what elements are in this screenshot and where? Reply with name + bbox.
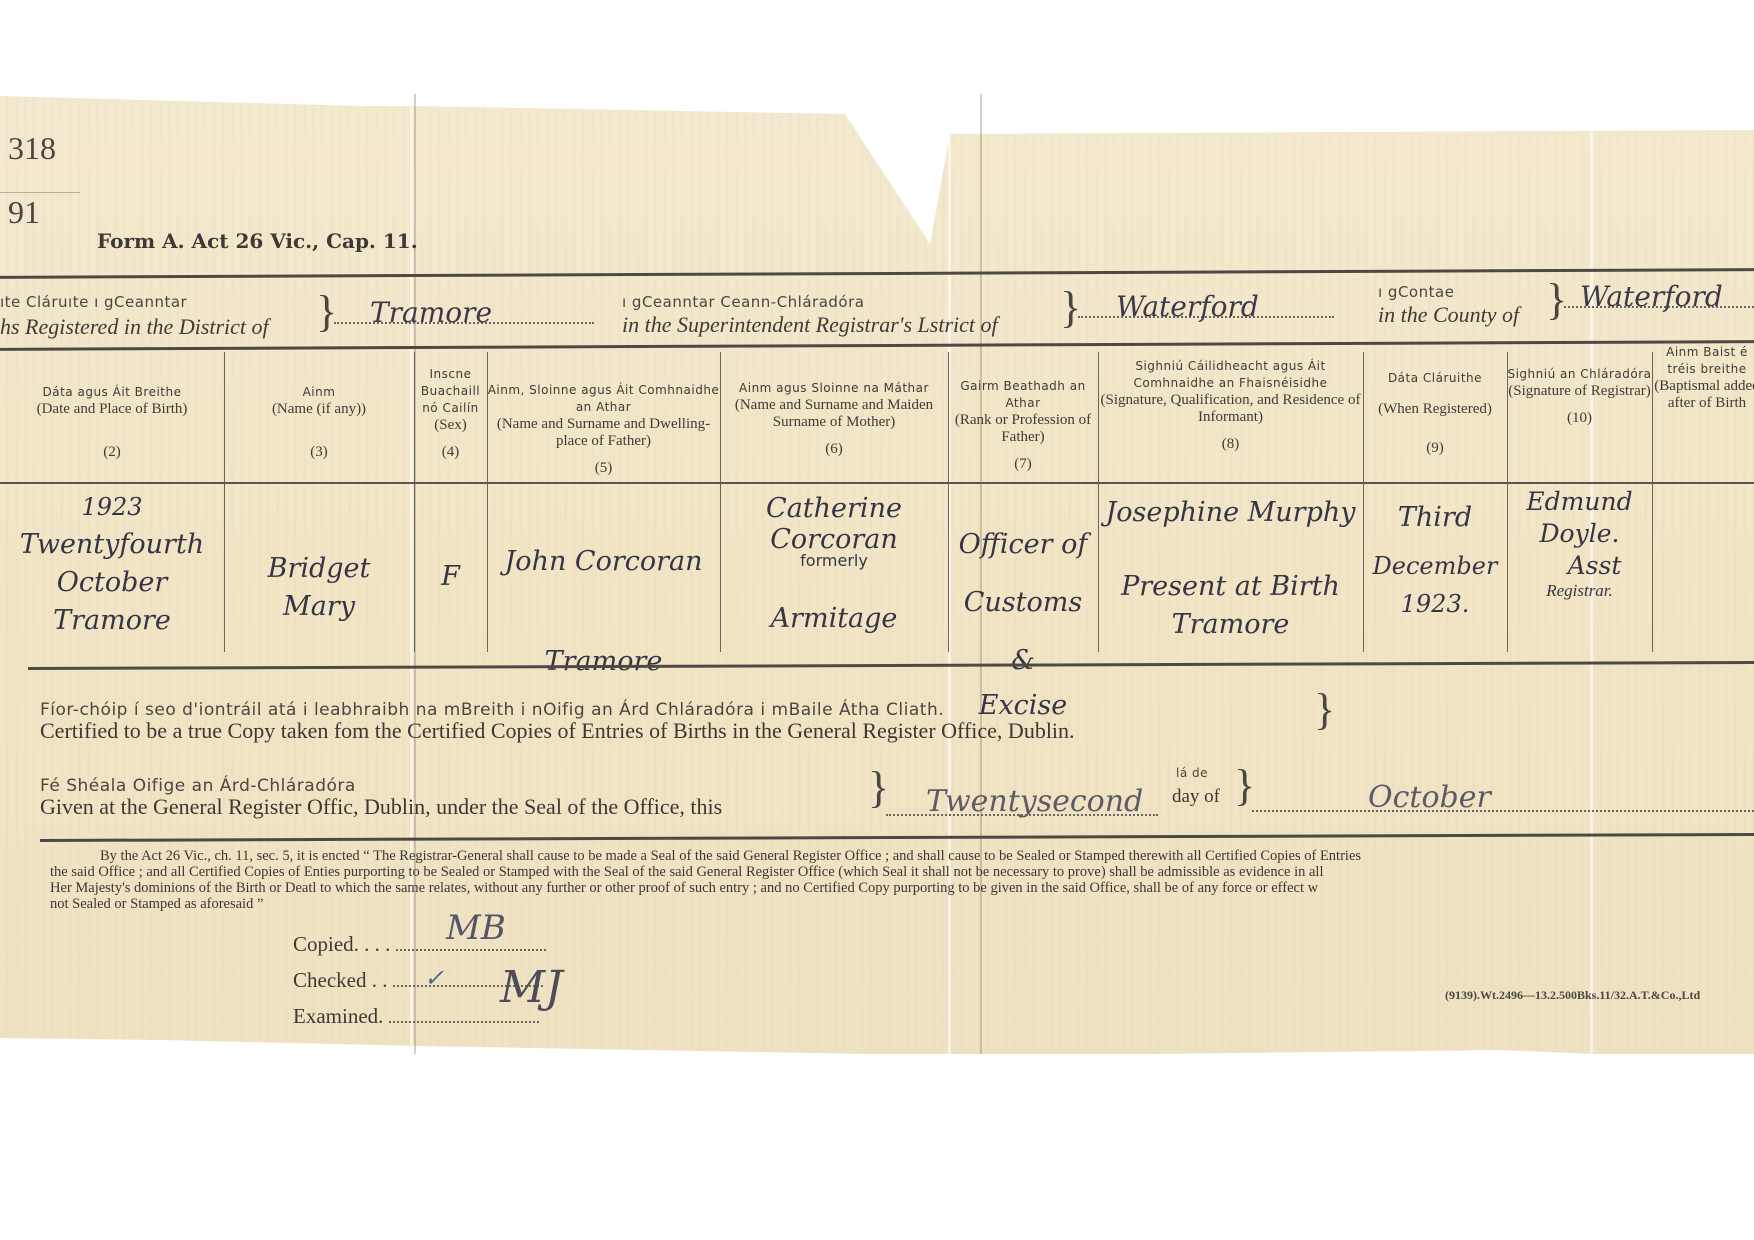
column-header-registrar: Sighniú an Chláradóra (Signature of Regi… [1507,366,1652,427]
entry-when-registered: Third December 1923. [1363,494,1507,618]
register-number-bottom: 91 [8,194,40,231]
column-header-informant: Sighniú Cáilidheacht agus Áit Comhnaidhe… [1098,358,1363,453]
column-header-name: Ainm (Name (if any)) (3) [224,384,414,461]
entry-informant: Josephine Murphy Present at Birth Tramor… [1098,494,1363,644]
legal-text: By the Act 26 Vic., ch. 11, sec. 5, it i… [50,848,1754,912]
district-label: hs Registered in the District of [0,314,269,340]
superintendent-value: Waterford [1116,290,1259,323]
entry-date-place: 1923 Twentyfourth October Tramore [0,488,224,640]
seal-english: Given at the General Register Offic, Dub… [40,794,722,820]
superintendent-field: Waterford [1078,290,1334,318]
certification-english: Certified to be a true Copy taken fom th… [40,718,1075,744]
certification-irish: Fíor-chóip í seo d'iontráil atá i leabhr… [40,700,944,720]
column-header-date-place: Dáta agus Áit Breithe (Date and Place of… [0,384,224,461]
entry-sex: F [414,558,487,596]
month-field: October [1252,780,1754,812]
entry-child-name: Bridget Mary [224,550,414,626]
county-field: Waterford [1564,280,1754,308]
superintendent-label: in the Superintendent Registrar's Lstric… [622,312,998,338]
column-header-father: Ainm, Sloinne agus Áit Comhnaidhe an Ath… [487,382,720,477]
column-header-profession: Gairm Beathadh an Athar (Rank or Profess… [948,378,1098,473]
seal-irish: Fé Shéala Oifige an Árd-Chláradóra [40,776,356,796]
county-label: in the County of [1378,302,1519,328]
month-value: October [1368,780,1491,815]
form-title: Form A. Act 26 Vic., Cap. 11. [97,229,418,253]
copied-row: Copied. . . . [293,932,546,957]
column-header-when-registered: Dáta Cláruithe (When Registered) (9) [1363,370,1507,457]
examined-initials: MJ [500,962,563,1013]
column-header-sex: Inscne Buachaill nó Cailín (Sex) (4) [414,366,487,461]
county-value: Waterford [1580,280,1723,313]
day-field: Twentysecond [886,784,1158,816]
district-irish-label: ıte Cláruıte ı gCeanntar [0,293,187,311]
copied-initials: MB [446,908,506,948]
certification-brace: } [1314,688,1335,732]
checked-mark: ✓ [424,964,444,992]
district-field: Tramore [334,296,594,324]
register-number-divider [0,192,80,193]
district-value: Tramore [370,296,492,329]
day-value: Twentysecond [926,784,1143,819]
column-header-mother: Ainm agus Sloinne na Máthar (Name and Su… [720,380,948,458]
entry-father: John Corcoran Tramore [487,512,720,712]
county-irish-label: ı gContae [1378,283,1454,301]
superintendent-irish-label: ı gCeanntar Ceann-Chláradóra [622,293,864,311]
printer-code: (9139).Wt.2496—13.2.500Bks.11/32.A.T.&Co… [1445,988,1700,1003]
day-irish-label: lá de [1176,766,1208,780]
entry-father-profession: Officer of Customs & Excise [948,516,1098,722]
column-header-baptismal: Ainm Baist é tréis breithe (Baptismal ad… [1652,344,1754,412]
entry-registrar: Edmund Doyle. Asst Registrar. [1507,486,1652,600]
register-number-top: 318 [8,130,56,167]
entry-mother: Catherine Corcoran formerly Armitage [720,490,948,638]
day-label: day of [1172,786,1220,808]
entry-top-rule [0,482,1754,484]
